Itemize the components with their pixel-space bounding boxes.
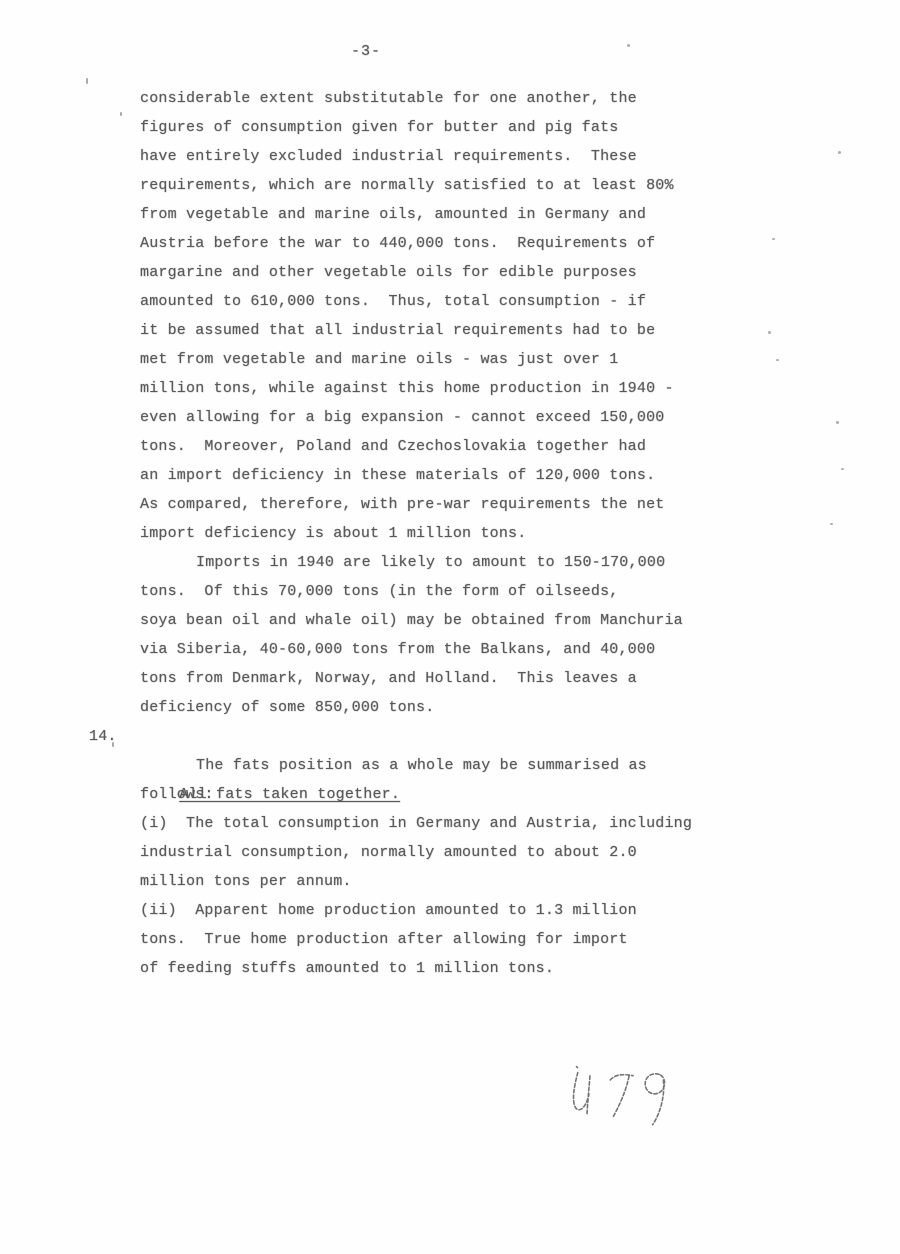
text-line: The fats position as a whole may be summ… xyxy=(140,751,760,780)
text-line: tons from Denmark, Norway, and Holland. … xyxy=(140,664,760,693)
section-heading: 14. All fats taken together. xyxy=(140,722,760,751)
text-line: As compared, therefore, with pre-war req… xyxy=(140,490,760,519)
section-title: All fats taken together. xyxy=(179,780,400,809)
scan-speckle xyxy=(838,151,841,154)
page-number: -3- xyxy=(351,43,381,60)
text-line: (ii) Apparent home production amounted t… xyxy=(140,896,760,925)
document-page: -3- considerable extent substitutable fo… xyxy=(0,0,900,1254)
scan-speckle xyxy=(112,742,114,747)
text-line: met from vegetable and marine oils - was… xyxy=(140,345,760,374)
text-line: even allowing for a big expansion - cann… xyxy=(140,403,760,432)
text-line: tons. Of this 70,000 tons (in the form o… xyxy=(140,577,760,606)
text-line: Imports in 1940 are likely to amount to … xyxy=(140,548,760,577)
scan-speckle xyxy=(830,523,833,525)
scan-speckle xyxy=(86,78,88,84)
text-line: of feeding stuffs amounted to 1 million … xyxy=(140,954,760,983)
text-line: figures of consumption given for butter … xyxy=(140,113,760,142)
text-line: considerable extent substitutable for on… xyxy=(140,84,760,113)
scan-speckle xyxy=(841,468,844,470)
text-line: Austria before the war to 440,000 tons. … xyxy=(140,229,760,258)
text-line: from vegetable and marine oils, amounted… xyxy=(140,200,760,229)
text-line: deficiency of some 850,000 tons. xyxy=(140,693,760,722)
handwriting-479-icon xyxy=(545,1040,710,1148)
text-line: tons. Moreover, Poland and Czechoslovaki… xyxy=(140,432,760,461)
handwritten-mark: 479 xyxy=(545,1040,710,1148)
text-line: import deficiency is about 1 million ton… xyxy=(140,519,760,548)
text-line: amounted to 610,000 tons. Thus, total co… xyxy=(140,287,760,316)
scan-speckle xyxy=(768,331,771,334)
scan-speckle xyxy=(627,44,630,47)
text-line: soya bean oil and whale oil) may be obta… xyxy=(140,606,760,635)
text-line: tons. True home production after allowin… xyxy=(140,925,760,954)
text-line: industrial consumption, normally amounte… xyxy=(140,838,760,867)
text-line: (i) The total consumption in Germany and… xyxy=(140,809,760,838)
text-line: have entirely excluded industrial requir… xyxy=(140,142,760,171)
text-line: million tons per annum. xyxy=(140,867,760,896)
scan-speckle xyxy=(836,421,839,424)
scan-speckle xyxy=(776,359,779,361)
text-line: million tons, while against this home pr… xyxy=(140,374,760,403)
text-line: it be assumed that all industrial requir… xyxy=(140,316,760,345)
text-line: margarine and other vegetable oils for e… xyxy=(140,258,760,287)
text-line: an import deficiency in these materials … xyxy=(140,461,760,490)
text-line: via Siberia, 40-60,000 tons from the Bal… xyxy=(140,635,760,664)
text-line: requirements, which are normally satisfi… xyxy=(140,171,760,200)
scan-speckle xyxy=(120,112,122,116)
document-body: considerable extent substitutable for on… xyxy=(140,84,760,983)
scan-speckle xyxy=(772,238,775,240)
